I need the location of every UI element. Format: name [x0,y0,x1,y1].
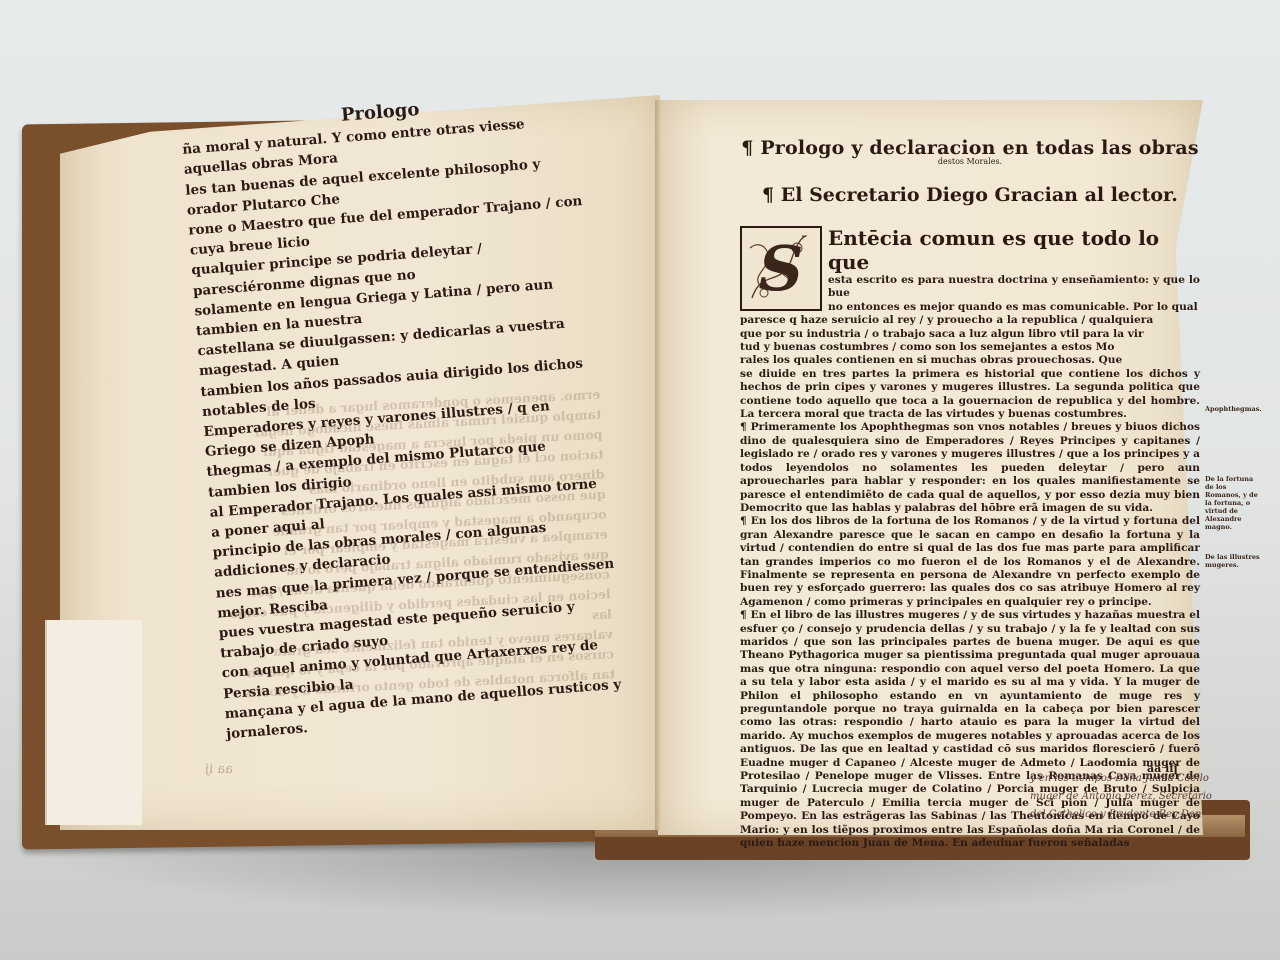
flyleaf [45,620,142,825]
show-through-text: ermo. apenemos o ponderamos lugar a deue… [200,385,615,706]
decorated-initial-icon: S [740,226,822,311]
initial-letter: S [742,232,820,305]
handwritten-line: muger de Antonio perez, Secretario [1030,788,1240,806]
text-line: rales los quales contienen en si muchas … [740,354,1200,367]
page-title: ¶ Prologo y declaracion en todas las obr… [740,137,1200,159]
margin-note: Apophthegmas. [1205,405,1260,413]
handwritten-line: del Catholico y Prudente Rey Don [1030,806,1240,824]
paragraph: se diuide en tres partes la primera es h… [740,368,1200,422]
handwritten-line: y en los tiempos Doña Juana Coello [1030,770,1240,788]
incipit: S Entēcia comun es que todo lo que esta … [740,226,1200,368]
margin-note: De la fortuna de los Romanos, y de la fo… [1205,475,1260,531]
book-gutter [655,100,661,830]
paragraph: ¶ En los dos libros de la fortuna de los… [740,515,1200,609]
handwritten-annotation: y en los tiempos Doña Juana Coello muger… [1030,770,1240,824]
margin-notes: Apophthegmas. De la fortuna de los Roman… [1205,405,1260,573]
signature-mark-mirrored: aa ij [205,762,233,777]
text-line: que por su industria / o trabajo saca a … [740,328,1200,341]
paragraph: ¶ Primeramente los Apophthegmas son vnos… [740,421,1200,515]
text-line: tud y buenas costumbres / como son los s… [740,341,1200,354]
author-heading: ¶ El Secretario Diego Gracian al lector. [740,184,1200,206]
right-page-text: ¶ Prologo y declaracion en todas las obr… [740,137,1200,850]
text-line: paresce q haze seruicio al rey / y proue… [740,314,1200,327]
margin-note: De las illustres mugeres. [1205,553,1260,569]
